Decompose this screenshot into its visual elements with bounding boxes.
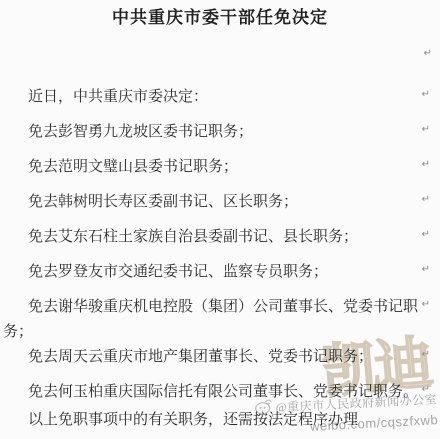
paragraph: 近日，中共重庆市委决定： ↵: [3, 85, 426, 110]
paragraph-text: 免去艾东石柱土家族自治县委副书记、县长职务；: [28, 229, 358, 245]
document-title: 中共重庆市委干部任免决定: [0, 6, 440, 30]
paragraph-text: 免去何玉柏重庆国际信托有限公司董事长、党委书记职务。: [28, 384, 418, 400]
paragraph-text: 免去罗登友市交通纪委书记、监察专员职务；: [28, 264, 328, 280]
paragraph-mark: ↵: [422, 385, 430, 395]
paragraph-mark: ↵: [422, 230, 430, 240]
paragraph: 免去何玉柏重庆国际信托有限公司董事长、党委书记职务。 ↵: [3, 380, 426, 405]
paragraph: 以上免职事项中的有关职务，还需按法定程序办理: [3, 408, 426, 433]
paragraph-text: 近日，中共重庆市委决定：: [28, 89, 208, 105]
paragraph-mark: ↵: [422, 160, 430, 170]
paragraph-text: 免去谢华骏重庆机电控股（集团）公司董事长、党委书记职务；: [3, 299, 418, 340]
paragraph: 免去艾东石柱土家族自治县委副书记、县长职务； ↵: [3, 225, 426, 250]
paragraph: 免去周天云重庆市地产集团董事长、党委书记职务； ↵: [3, 345, 426, 370]
paragraph-mark: ↵: [422, 195, 430, 205]
document-page: 凯迪 @重庆市人民政府新闻办公室 weibo.com/cqszfxwb 中共重庆…: [0, 0, 440, 439]
paragraph: 免去范明文璧山县委书记职务； ↵: [3, 155, 426, 180]
paragraph: 免去罗登友市交通纪委书记、监察专员职务； ↵: [3, 260, 426, 285]
paragraph-mark: ↵: [422, 90, 430, 100]
paragraph-mark: ↵: [422, 265, 430, 275]
paragraph-mark: ↵: [424, 48, 432, 59]
paragraph: 免去韩树明长寿区委副书记、区长职务； ↵: [3, 190, 426, 215]
paragraph-text: 免去周天云重庆市地产集团董事长、党委书记职务；: [28, 349, 373, 365]
paragraph-mark: ↵: [422, 350, 430, 360]
paragraph: 免去谢华骏重庆机电控股（集团）公司董事长、党委书记职务； ↵: [3, 295, 426, 345]
paragraph-mark: ↵: [422, 125, 430, 135]
document-body: 近日，中共重庆市委决定： ↵ 免去彭智勇九龙坡区委书记职务； ↵ 免去范明文璧山…: [0, 85, 440, 433]
paragraph-text: 以上免职事项中的有关职务，还需按法定程序办理: [28, 412, 358, 428]
paragraph-text: 免去彭智勇九龙坡区委书记职务；: [28, 124, 253, 140]
paragraph-text: 免去韩树明长寿区委副书记、区长职务；: [28, 194, 298, 210]
paragraph-mark: ↵: [422, 300, 430, 310]
paragraph-text: 免去范明文璧山县委书记职务；: [28, 159, 238, 175]
paragraph: 免去彭智勇九龙坡区委书记职务； ↵: [3, 120, 426, 145]
